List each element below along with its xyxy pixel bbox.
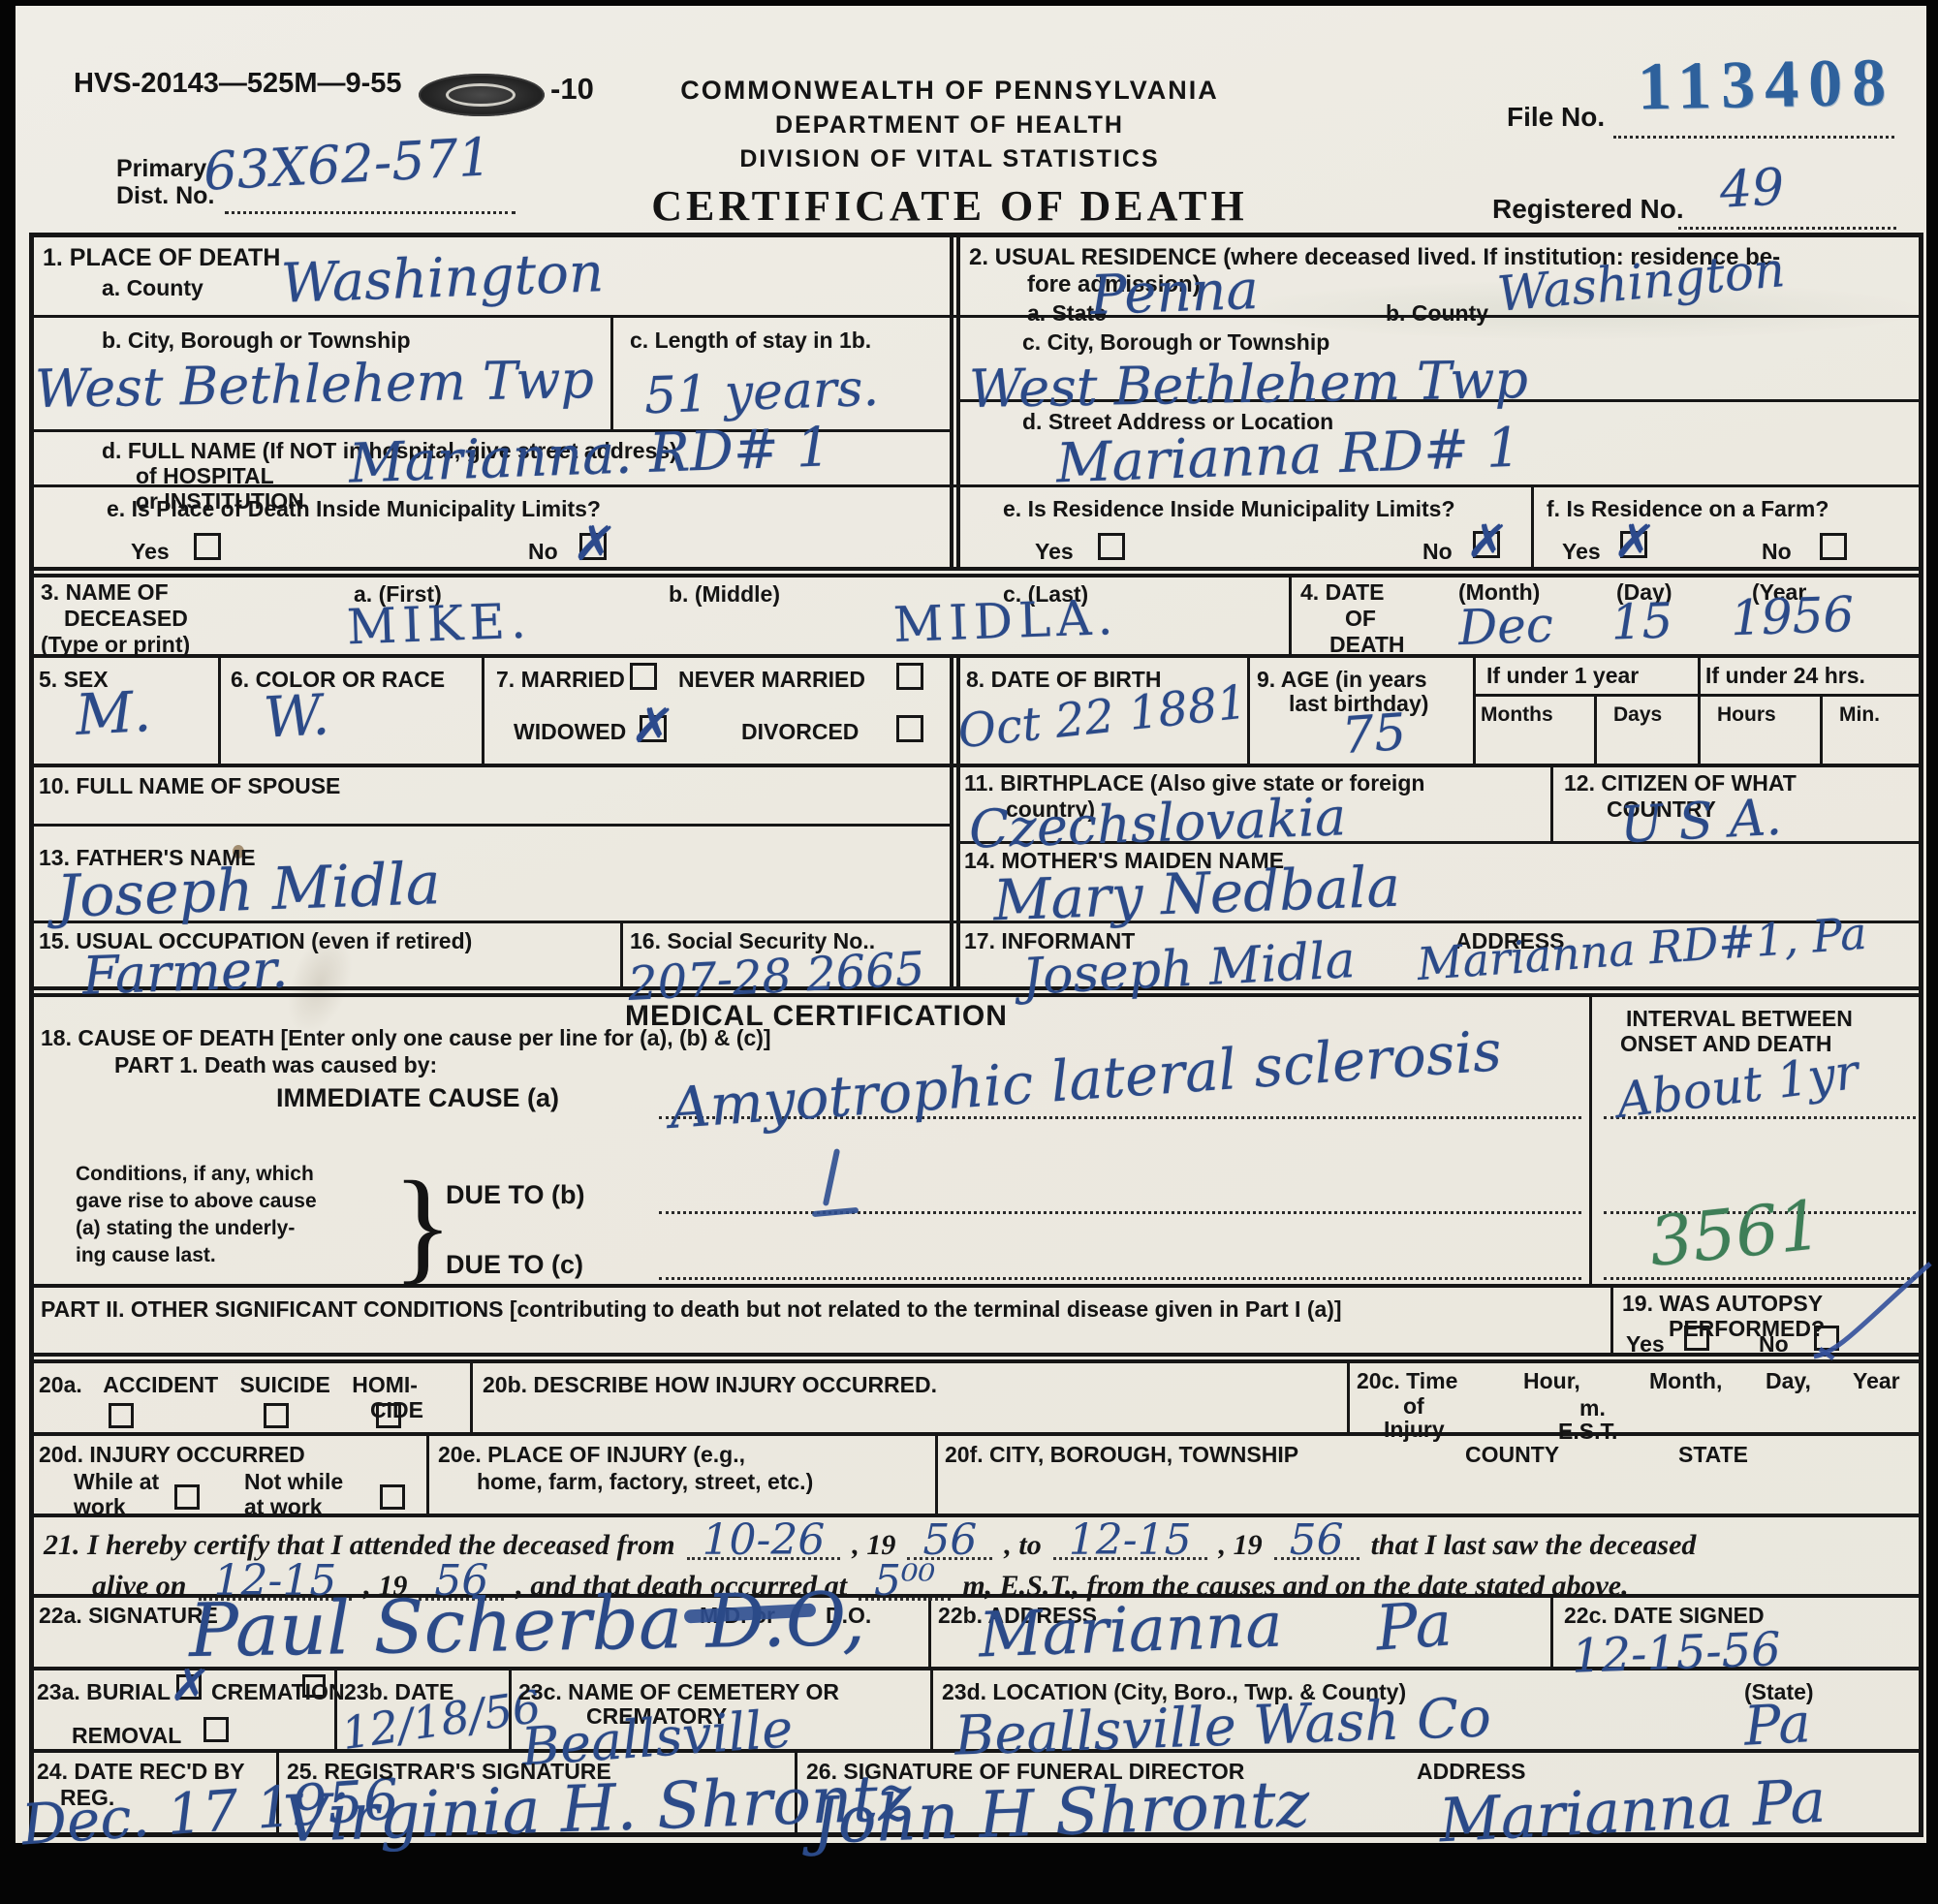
due-to-b-label: DUE TO (b) (446, 1180, 585, 1210)
time-of-injury-label2: of (1403, 1393, 1424, 1420)
divider (1594, 694, 1597, 764)
residence-municipality-label: e. Is Residence Inside Municipality Limi… (1003, 496, 1455, 522)
divider (1473, 654, 1476, 764)
certify-text: alive on (92, 1570, 187, 1603)
cause-of-death-label: 18. CAUSE OF DEATH [Enter only one cause… (41, 1025, 771, 1051)
divider (1347, 1363, 1350, 1432)
death-time-value: 5⁰⁰ (859, 1564, 951, 1601)
removal-label: REMOVAL (72, 1723, 181, 1749)
death-municipality-yes: Yes (131, 539, 170, 565)
due-to-b-line (659, 1211, 1581, 1214)
divider (1820, 694, 1823, 764)
work-label: work (74, 1494, 126, 1520)
citizen-value: U S A. (1619, 789, 1784, 856)
color-race-value: W. (262, 681, 330, 750)
divider (950, 237, 960, 567)
registered-no-label: Registered No. (1492, 194, 1684, 225)
place-of-injury-label: 20e. PLACE OF INJURY (e.g., (438, 1442, 745, 1468)
physician-address-value: Marianna (978, 1590, 1284, 1672)
injury-year-label: Year (1853, 1368, 1900, 1394)
injury-est-label: E.S.T. (1558, 1419, 1617, 1445)
length-of-stay-label: c. Length of stay in 1b. (630, 328, 871, 354)
header-block: COMMONWEALTH OF PENNSYLVANIA DEPARTMENT … (581, 76, 1318, 231)
days-label: Days (1613, 703, 1662, 727)
rule (29, 764, 1923, 767)
time-of-injury-label3: Injury (1384, 1417, 1445, 1443)
date-of-death-label: 4. DATE (1300, 579, 1384, 606)
divider (482, 654, 484, 764)
divider (1247, 654, 1250, 764)
months-label: Months (1481, 703, 1553, 727)
residence-municipality-yes: Yes (1035, 539, 1074, 565)
while-at-label: While at (74, 1469, 159, 1495)
union-label-icon (419, 74, 545, 116)
rule (29, 986, 1923, 997)
divorced-label: DIVORCED (741, 719, 859, 745)
certificate-title: CERTIFICATE OF DEATH (581, 181, 1318, 231)
date-signed-value: 12-15-56 (1571, 1622, 1781, 1683)
at-work-label: at work (244, 1494, 323, 1520)
rule (29, 315, 1923, 318)
funeral-director-value: John H Shrontz (811, 1766, 1311, 1858)
spouse-label: 10. FULL NAME OF SPOUSE (39, 773, 340, 799)
conditions-label3: (a) stating the underly- (76, 1217, 295, 1240)
name-of-deceased-label2: DECEASED (64, 606, 188, 632)
accident-suicide-homicide-label: 20a. ACCIDENT SUICIDE HOMI- (39, 1372, 418, 1398)
rule (29, 824, 950, 827)
county-label: a. County (102, 275, 203, 301)
residence-city-label: c. City, Borough or Township (1022, 329, 1329, 356)
dist-no-line (225, 211, 516, 214)
divider (470, 1363, 473, 1432)
injury-day-label: Day, (1766, 1368, 1811, 1394)
rule (29, 654, 1923, 658)
widowed-mark: ✗ (629, 700, 676, 754)
age-value: 75 (1340, 703, 1408, 765)
divider (1289, 577, 1292, 654)
dist-no-label: Dist. No. (116, 182, 214, 210)
death-municipality-no: No (528, 539, 558, 565)
hospital-name-label2: of HOSPITAL (136, 463, 274, 489)
part1-label: PART 1. Death was caused by: (114, 1052, 437, 1078)
place-of-injury-label2: home, farm, factory, street, etc.) (477, 1469, 813, 1495)
divider (930, 1667, 933, 1749)
injury-state-label: STATE (1678, 1442, 1748, 1468)
sex-value: M. (74, 678, 152, 748)
divider (610, 315, 613, 429)
cremation-checkbox (302, 1674, 326, 1698)
conditions-label1: Conditions, if any, which (76, 1163, 314, 1186)
attended-from-value: 10-26 (687, 1523, 841, 1560)
autopsy-yes: Yes (1626, 1331, 1665, 1358)
length-of-stay-value: 51 years. (643, 359, 880, 425)
farm-no: No (1762, 539, 1792, 565)
certify-text: 21. I hereby certify that I attended the… (44, 1529, 675, 1562)
file-no-line (1613, 136, 1894, 139)
min-label: Min. (1839, 703, 1880, 727)
burial-mark: ✗ (169, 1661, 212, 1711)
date-of-death-label2: OF (1345, 606, 1376, 632)
name-of-deceased-label3: (Type or print) (41, 632, 190, 658)
accident-checkbox (109, 1403, 134, 1428)
commonwealth-line: COMMONWEALTH OF PENNSYLVANIA (581, 76, 1318, 106)
autopsy-yes-checkbox (1684, 1326, 1709, 1351)
divider (1610, 1284, 1613, 1355)
rule (29, 1432, 1923, 1436)
rule (29, 1284, 1923, 1288)
not-while-label: Not while (244, 1469, 343, 1495)
divider (935, 1432, 938, 1514)
date-of-death-label3: DEATH (1329, 632, 1405, 658)
form-number: HVS-20143—525M—9-55 (74, 68, 402, 100)
primary-label: Primary (116, 155, 206, 183)
never-married-checkbox (896, 663, 923, 690)
name-of-deceased-label: 3. NAME OF (41, 579, 169, 606)
death-municipality-yes-checkbox (194, 533, 221, 560)
last-name-value: MIDLA. (892, 589, 1119, 653)
state-value: Penna (1089, 259, 1260, 328)
never-married-label: NEVER MARRIED (678, 667, 865, 693)
divider (1531, 484, 1534, 567)
conditions-label2: gave rise to above cause (76, 1190, 317, 1213)
scanned-death-certificate: HVS-20143—525M—9-55 -10 COMMONWEALTH OF … (0, 0, 1938, 1904)
suicide-checkbox (264, 1403, 289, 1428)
conditions-brace: } (392, 1153, 453, 1298)
injury-month-label: Month, (1649, 1368, 1722, 1394)
homicide-checkbox (376, 1403, 401, 1428)
autopsy-label: 19. WAS AUTOPSY (1622, 1291, 1823, 1317)
divider (1698, 654, 1701, 764)
immediate-cause-label: IMMEDIATE CAUSE (a) (276, 1083, 559, 1113)
injury-hour-label: Hour, (1523, 1368, 1580, 1394)
place-of-death-title: 1. PLACE OF DEATH (43, 244, 280, 272)
farm-label: f. Is Residence on a Farm? (1547, 496, 1829, 522)
divider (426, 1432, 429, 1514)
while-at-work-checkbox (174, 1484, 200, 1510)
death-municipality-no-mark: ✗ (571, 517, 618, 572)
city-borough-value: West Bethlehem Twp (34, 349, 594, 420)
divider (620, 921, 623, 988)
attended-to-year-value: 56 (1274, 1523, 1360, 1560)
certify-text: , 19 (1219, 1529, 1263, 1562)
divider (1550, 764, 1553, 841)
under-24-hrs-label: If under 24 hrs. (1705, 663, 1865, 689)
registered-no-value: 49 (1718, 158, 1785, 219)
file-no-stamp: 113408 (1637, 45, 1895, 127)
attended-from-year-value: 56 (907, 1523, 992, 1560)
rule (1473, 694, 1923, 697)
not-while-at-work-checkbox (380, 1484, 405, 1510)
city-borough-label: b. City, Borough or Township (102, 328, 411, 354)
due-to-c-label: DUE TO (c) (446, 1250, 583, 1280)
residence-municipality-no-mark: ✗ (1465, 515, 1511, 568)
interval-label: INTERVAL BETWEEN (1626, 1006, 1853, 1032)
widowed-label: WIDOWED (514, 719, 626, 745)
conditions-label4: ing cause last. (76, 1244, 216, 1267)
farm-yes: Yes (1562, 539, 1601, 565)
death-municipality-label: e. Is Place of Death Inside Municipality… (107, 496, 601, 522)
divider (1550, 1594, 1553, 1667)
occupation-value: Farmer. (81, 938, 289, 1006)
physician-signature-value: Paul Scherba D.O, (188, 1576, 865, 1673)
injury-county-label: COUNTY (1465, 1442, 1559, 1468)
file-no-label: File No. (1507, 102, 1605, 133)
union-label-inner-ring (446, 83, 516, 107)
county-value: Washington (280, 241, 605, 316)
cemetery-label: 23c. NAME OF CEMETERY OR (518, 1679, 839, 1705)
married-checkbox (630, 663, 657, 690)
autopsy-no-check-swoosh (1800, 1260, 1936, 1366)
certify-text: , to (1004, 1529, 1041, 1562)
divorced-checkbox (896, 715, 923, 742)
describe-injury-label: 20b. DESCRIBE HOW INJURY OCCURRED. (483, 1372, 937, 1398)
hours-label: Hours (1717, 703, 1776, 727)
rule (29, 484, 1923, 487)
division-line: DIVISION OF VITAL STATISTICS (581, 145, 1318, 173)
residence-county-label: b. County (1386, 300, 1488, 327)
part2-label: PART II. OTHER SIGNIFICANT CONDITIONS [c… (41, 1296, 1342, 1323)
due-to-c-line (659, 1277, 1581, 1280)
cemetery-location-state-value: Pa (1742, 1692, 1812, 1758)
burial-label: 23a. BURIAL (37, 1679, 171, 1705)
farm-no-checkbox (1820, 533, 1847, 560)
under-1-year-label: If under 1 year (1486, 663, 1639, 689)
married-label: 7. MARRIED (496, 667, 625, 693)
registered-no-line (1678, 227, 1896, 230)
time-of-injury-label: 20c. Time (1357, 1368, 1457, 1394)
residence-municipality-no: No (1422, 539, 1453, 565)
middle-name-label: b. (Middle) (669, 581, 780, 608)
physician-address-state-value: Pa (1374, 1588, 1454, 1665)
attended-to-value: 12-15 (1053, 1523, 1207, 1560)
divider (218, 654, 221, 764)
first-name-value: MIKE. (346, 593, 533, 656)
residence-municipality-yes-checkbox (1098, 533, 1125, 560)
certify-text: that I last saw the deceased (1371, 1529, 1697, 1562)
fathers-name-value: Joseph Midla (55, 850, 442, 931)
injury-occurred-label: 20d. INJURY OCCURRED (39, 1442, 305, 1468)
age-label: 9. AGE (in years (1257, 667, 1427, 693)
injury-m-label: m. (1579, 1395, 1606, 1421)
department-line: DEPARTMENT OF HEALTH (581, 111, 1318, 140)
removal-checkbox (203, 1717, 229, 1742)
divider (1589, 997, 1592, 1284)
injury-city-label: 20f. CITY, BOROUGH, TOWNSHIP (945, 1442, 1298, 1468)
farm-yes-mark: ✗ (1612, 515, 1658, 568)
autopsy-no: No (1759, 1331, 1789, 1358)
